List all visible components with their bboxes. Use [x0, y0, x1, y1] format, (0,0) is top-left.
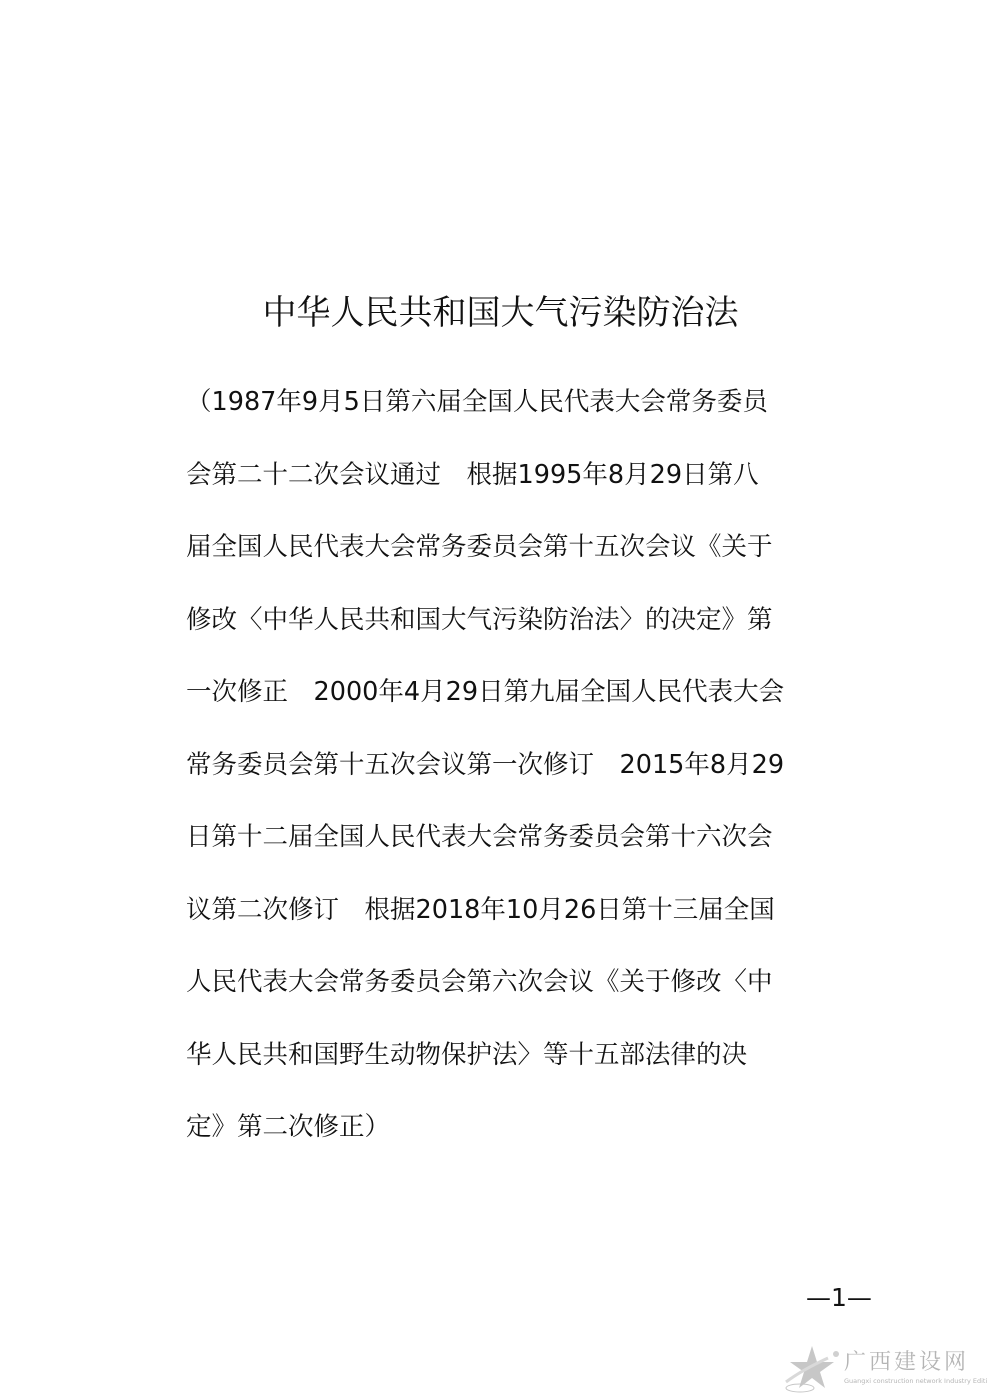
preamble-paragraph: （1987年9月5日第六届全国人民代表大会常务委员 会第二十二次会议通过 根据1… — [186, 378, 826, 1176]
watermark-subtitle: Guangxi construction network Industry Ed… — [844, 1377, 987, 1385]
preamble-line: 定》第二次修正） — [186, 1103, 826, 1176]
preamble-line: 届全国人民代表大会常务委员会第十五次会议《关于 — [186, 523, 826, 596]
preamble-line: 一次修正 2000年4月29日第九届全国人民代表大会 — [186, 668, 826, 741]
document-page: 中华人民共和国大气污染防治法 （1987年9月5日第六届全国人民代表大会常务委员… — [0, 0, 987, 1398]
preamble-line: 修改〈中华人民共和国大气污染防治法〉的决定》第 — [186, 596, 826, 669]
watermark-title: 广西建设网 — [844, 1345, 969, 1376]
preamble-line: 华人民共和国野生动物保护法〉等十五部法律的决 — [186, 1031, 826, 1104]
preamble-line: 常务委员会第十五次会议第一次修订 2015年8月29 — [186, 741, 826, 814]
document-title: 中华人民共和国大气污染防治法 — [0, 289, 987, 337]
star-logo-icon — [782, 1342, 842, 1394]
preamble-line: （1987年9月5日第六届全国人民代表大会常务委员 — [186, 378, 826, 451]
preamble-line: 人民代表大会常务委员会第六次会议《关于修改〈中 — [186, 958, 826, 1031]
preamble-line: 议第二次修订 根据2018年10月26日第十三届全国 — [186, 886, 826, 959]
page-number: —1— — [806, 1280, 872, 1316]
preamble-line: 日第十二届全国人民代表大会常务委员会第十六次会 — [186, 813, 826, 886]
preamble-line: 会第二十二次会议通过 根据1995年8月29日第八 — [186, 451, 826, 524]
watermark: 广西建设网 Guangxi construction network Indus… — [782, 1340, 987, 1398]
